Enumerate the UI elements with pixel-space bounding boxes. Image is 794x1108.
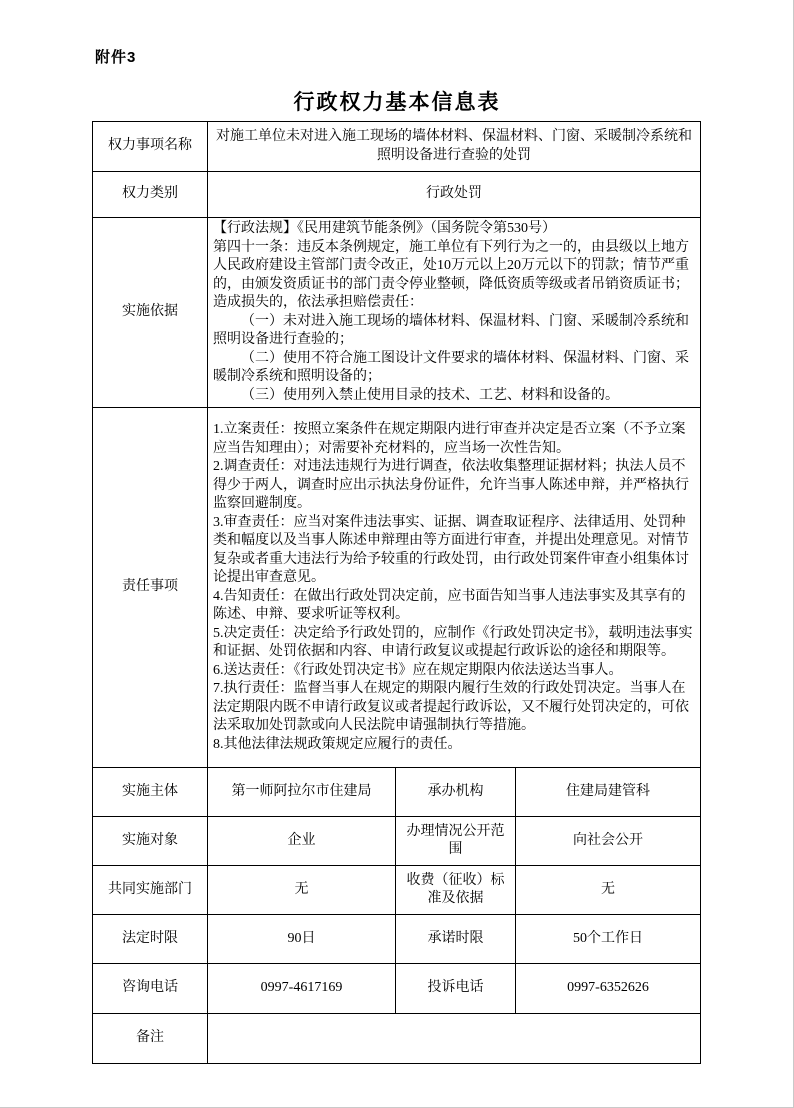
legal-basis-paragraph: （三）使用列入禁止使用目录的技术、工艺、材料和设备的。	[213, 387, 695, 406]
complaint-phone-label: 投诉电话	[396, 964, 516, 1014]
legal-basis-paragraph: （二）使用不符合施工图设计文件要求的墙体材料、保温材料、门窗、采暖制冷系统和照明…	[213, 350, 695, 387]
inquiry-phone-value: 0997-4617169	[208, 964, 396, 1014]
table-row-time-limit: 法定时限 90日 承诺时限 50个工作日	[93, 915, 701, 964]
table-row-implementer: 实施主体 第一师阿拉尔市住建局 承办机构 住建局建管科	[93, 768, 701, 817]
legal-basis-paragraph: （一）未对进入施工现场的墙体材料、保温材料、门窗、采暖制冷系统和照明设备进行查验…	[213, 313, 695, 350]
promised-time-limit-value: 50个工作日	[516, 915, 701, 964]
joint-dept-label: 共同实施部门	[93, 866, 208, 915]
target-value: 企业	[208, 817, 396, 866]
info-table: 权力事项名称 对施工单位未对进入施工现场的墙体材料、保温材料、门窗、采暖制冷系统…	[92, 121, 701, 1064]
promised-time-limit-label: 承诺时限	[396, 915, 516, 964]
legal-basis-paragraph: 第四十一条：违反本条例规定，施工单位有下列行为之一的，由县级以上地方人民政府建设…	[213, 239, 695, 313]
fee-standard-value: 无	[516, 866, 701, 915]
inquiry-phone-label: 咨询电话	[93, 964, 208, 1014]
page-title: 行政权力基本信息表	[0, 86, 794, 116]
table-row-duties: 责任事项 1.立案责任：按照立案条件在规定期限内进行审查并决定是否立案（不予立案…	[93, 408, 701, 768]
remarks-label: 备注	[93, 1014, 208, 1064]
legal-basis-paragraph: 【行政法规】《民用建筑节能条例》（国务院令第530号）	[213, 220, 695, 239]
handling-org-value: 住建局建管科	[516, 768, 701, 817]
implementer-value: 第一师阿拉尔市住建局	[208, 768, 396, 817]
duty-item: 6.送达责任：《行政处罚决定书》应在规定期限内依法送达当事人。	[213, 662, 695, 681]
fee-standard-label: 收费（征收）标准及依据	[396, 866, 516, 915]
duties-label: 责任事项	[93, 408, 208, 768]
duty-item: 8.其他法律法规政策规定应履行的责任。	[213, 736, 695, 755]
duty-item: 2.调查责任：对违法违规行为进行调查，依法收集整理证据材料；执法人员不得少于两人…	[213, 458, 695, 514]
duty-item: 1.立案责任：按照立案条件在规定期限内进行审查并决定是否立案（不予立案应当告知理…	[213, 421, 695, 458]
implementer-label: 实施主体	[93, 768, 208, 817]
target-label: 实施对象	[93, 817, 208, 866]
table-row-target: 实施对象 企业 办理情况公开范围 向社会公开	[93, 817, 701, 866]
complaint-phone-value: 0997-6352626	[516, 964, 701, 1014]
table-row-phone: 咨询电话 0997-4617169 投诉电话 0997-6352626	[93, 964, 701, 1014]
duties-value: 1.立案责任：按照立案条件在规定期限内进行审查并决定是否立案（不予立案应当告知理…	[208, 408, 701, 768]
duty-item: 4.告知责任：在做出行政处罚决定前，应书面告知当事人违法事实及其享有的陈述、申辩…	[213, 588, 695, 625]
category-label: 权力类别	[93, 172, 208, 218]
table-row-joint-dept: 共同实施部门 无 收费（征收）标准及依据 无	[93, 866, 701, 915]
legal-basis-label: 实施依据	[93, 218, 208, 408]
table-row-remarks: 备注	[93, 1014, 701, 1064]
category-value: 行政处罚	[208, 172, 701, 218]
disclosure-scope-label: 办理情况公开范围	[396, 817, 516, 866]
legal-basis-value: 【行政法规】《民用建筑节能条例》（国务院令第530号） 第四十一条：违反本条例规…	[208, 218, 701, 408]
duty-item: 3.审查责任：应当对案件违法事实、证据、调查取证程序、法律适用、处罚种类和幅度以…	[213, 514, 695, 588]
remarks-value	[208, 1014, 701, 1064]
legal-time-limit-label: 法定时限	[93, 915, 208, 964]
table-row-item-name: 权力事项名称 对施工单位未对进入施工现场的墙体材料、保温材料、门窗、采暖制冷系统…	[93, 122, 701, 172]
duty-item: 5.决定责任：决定给予行政处罚的，应制作《行政处罚决定书》，载明违法事实和证据、…	[213, 625, 695, 662]
table-row-category: 权力类别 行政处罚	[93, 172, 701, 218]
legal-time-limit-value: 90日	[208, 915, 396, 964]
duty-item: 7.执行责任：监督当事人在规定的期限内履行生效的行政处罚决定。当事人在法定期限内…	[213, 680, 695, 736]
document-page: 附件3 行政权力基本信息表 权力事项名称 对施工单位未对进入施工现场的墙体材料、…	[0, 0, 794, 1108]
joint-dept-value: 无	[208, 866, 396, 915]
disclosure-scope-value: 向社会公开	[516, 817, 701, 866]
table-row-legal-basis: 实施依据 【行政法规】《民用建筑节能条例》（国务院令第530号） 第四十一条：违…	[93, 218, 701, 408]
handling-org-label: 承办机构	[396, 768, 516, 817]
item-name-value: 对施工单位未对进入施工现场的墙体材料、保温材料、门窗、采暖制冷系统和照明设备进行…	[208, 122, 701, 172]
attachment-label: 附件3	[95, 46, 136, 67]
item-name-label: 权力事项名称	[93, 122, 208, 172]
